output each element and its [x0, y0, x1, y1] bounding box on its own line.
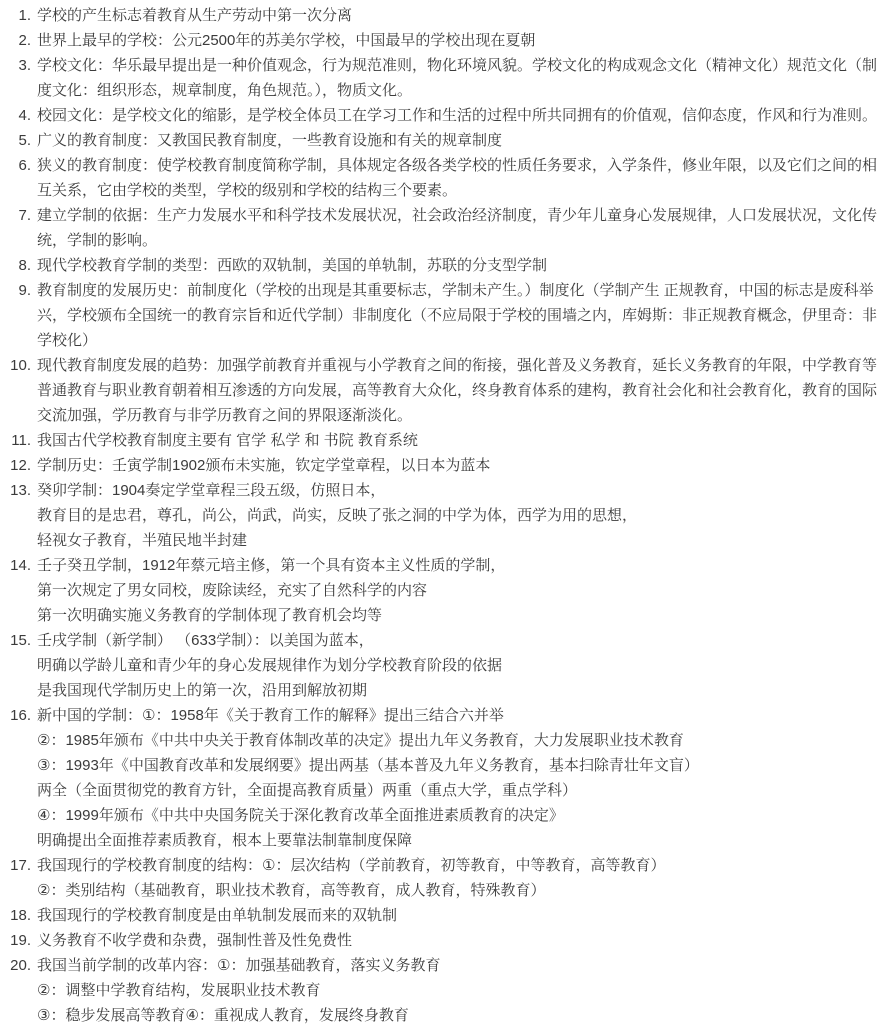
item-text-line: 两全（全面贯彻党的教育方针，全面提高教育质量）两重（重点大学，重点学科） [37, 778, 884, 803]
item-content: 壬戌学制（新学制） （633学制）：以美国为蓝本，明确以学龄儿童和青少年的身心发… [37, 628, 884, 703]
item-text-line: 现代学校教育学制的类型：西欧的双轨制，美国的单轨制，苏联的分支型学制 [37, 253, 884, 278]
item-number: 15. [0, 628, 31, 653]
item-content: 学制历史：壬寅学制1902颁布未实施，钦定学堂章程，以日本为蓝本 [37, 453, 884, 478]
item-text-line: 世界上最早的学校：公元2500年的苏美尔学校，中国最早的学校出现在夏朝 [37, 28, 884, 53]
item-text-line: 学制历史：壬寅学制1902颁布未实施，钦定学堂章程，以日本为蓝本 [37, 453, 884, 478]
list-item: 2. 世界上最早的学校：公元2500年的苏美尔学校，中国最早的学校出现在夏朝 [0, 28, 884, 53]
item-text-line: 我国现行的学校教育制度是由单轨制发展而来的双轨制 [37, 903, 884, 928]
list-item: 9. 教育制度的发展历史：前制度化（学校的出现是其重要标志，学制未产生。）制度化… [0, 278, 884, 353]
list-item: 4. 校园文化：是学校文化的缩影，是学校全体员工在学习工作和生活的过程中所共同拥… [0, 103, 884, 128]
item-text-line: ②：类别结构（基础教育，职业技术教育，高等教育，成人教育，特殊教育） [37, 878, 884, 903]
list-item: 1. 学校的产生标志着教育从生产劳动中第一次分离 [0, 3, 884, 28]
list-item: 10. 现代教育制度发展的趋势：加强学前教育并重视与小学教育之间的衔接，强化普及… [0, 353, 884, 428]
list-item: 7. 建立学制的依据：生产力发展水平和科学技术发展状况，社会政治经济制度，青少年… [0, 203, 884, 253]
item-text-line: 现代教育制度发展的趋势：加强学前教育并重视与小学教育之间的衔接，强化普及义务教育… [37, 353, 884, 428]
item-content: 我国现行的学校教育制度是由单轨制发展而来的双轨制 [37, 903, 884, 928]
item-text-line: 广义的教育制度：又教国民教育制度，一些教育设施和有关的规章制度 [37, 128, 884, 153]
item-text-line: ④：1999年颁布《中共中央国务院关于深化教育改革全面推进素质教育的决定》 [37, 803, 884, 828]
item-content: 壬子癸丑学制，1912年蔡元培主修，第一个具有资本主义性质的学制，第一次规定了男… [37, 553, 884, 628]
list-item: 11. 我国古代学校教育制度主要有 官学 私学 和 书院 教育系统 [0, 428, 884, 453]
item-number: 10. [0, 353, 31, 378]
item-text-line: 校园文化：是学校文化的缩影，是学校全体员工在学习工作和生活的过程中所共同拥有的价… [37, 103, 884, 128]
item-number: 8. [0, 253, 31, 278]
item-content: 校园文化：是学校文化的缩影，是学校全体员工在学习工作和生活的过程中所共同拥有的价… [37, 103, 884, 128]
item-content: 学校文化：华乐最早提出是一种价值观念，行为规范准则，物化环境风貌。学校文化的构成… [37, 53, 884, 103]
item-text-line: 教育目的是忠君，尊孔，尚公，尚武，尚实，反映了张之洞的中学为体，西学为用的思想， [37, 503, 884, 528]
item-number: 16. [0, 703, 31, 728]
item-text-line: ③：1993年《中国教育改革和发展纲要》提出两基（基本普及九年义务教育，基本扫除… [37, 753, 884, 778]
item-content: 现代学校教育学制的类型：西欧的双轨制，美国的单轨制，苏联的分支型学制 [37, 253, 884, 278]
item-number: 19. [0, 928, 31, 953]
item-number: 7. [0, 203, 31, 228]
item-content: 我国当前学制的改革内容：①：加强基础教育，落实义务教育②：调整中学教育结构，发展… [37, 953, 884, 1028]
item-content: 世界上最早的学校：公元2500年的苏美尔学校，中国最早的学校出现在夏朝 [37, 28, 884, 53]
item-text-line: 明确提出全面推荐素质教育，根本上要靠法制靠制度保障 [37, 828, 884, 853]
list-item: 16. 新中国的学制：①：1958年《关于教育工作的解释》提出三结合六并举②：1… [0, 703, 884, 853]
item-number: 13. [0, 478, 31, 503]
list-item: 12. 学制历史：壬寅学制1902颁布未实施，钦定学堂章程，以日本为蓝本 [0, 453, 884, 478]
item-number: 6. [0, 153, 31, 178]
item-text-line: 我国古代学校教育制度主要有 官学 私学 和 书院 教育系统 [37, 428, 884, 453]
item-text-line: 轻视女子教育，半殖民地半封建 [37, 528, 884, 553]
item-content: 现代教育制度发展的趋势：加强学前教育并重视与小学教育之间的衔接，强化普及义务教育… [37, 353, 884, 428]
item-text-line: 我国当前学制的改革内容：①：加强基础教育，落实义务教育 [37, 953, 884, 978]
item-number: 4. [0, 103, 31, 128]
item-content: 狭义的教育制度：使学校教育制度简称学制，具体规定各级各类学校的性质任务要求，入学… [37, 153, 884, 203]
item-text-line: 学校的产生标志着教育从生产劳动中第一次分离 [37, 3, 884, 28]
list-item: 6. 狭义的教育制度：使学校教育制度简称学制，具体规定各级各类学校的性质任务要求… [0, 153, 884, 203]
list-item: 13. 癸卯学制：1904奏定学堂章程三段五级，仿照日本，教育目的是忠君，尊孔，… [0, 478, 884, 553]
notes-document: 1. 学校的产生标志着教育从生产劳动中第一次分离 2. 世界上最早的学校：公元2… [0, 0, 896, 1028]
page: { "page": { "background_color": "#ffffff… [0, 0, 896, 1028]
item-text-line: 新中国的学制：①：1958年《关于教育工作的解释》提出三结合六并举 [37, 703, 884, 728]
item-text-line: 狭义的教育制度：使学校教育制度简称学制，具体规定各级各类学校的性质任务要求，入学… [37, 153, 884, 203]
item-content: 癸卯学制：1904奏定学堂章程三段五级，仿照日本，教育目的是忠君，尊孔，尚公，尚… [37, 478, 884, 553]
item-text-line: 壬戌学制（新学制） （633学制）：以美国为蓝本， [37, 628, 884, 653]
item-number: 5. [0, 128, 31, 153]
item-content: 广义的教育制度：又教国民教育制度，一些教育设施和有关的规章制度 [37, 128, 884, 153]
item-content: 我国古代学校教育制度主要有 官学 私学 和 书院 教育系统 [37, 428, 884, 453]
item-content: 义务教育不收学费和杂费，强制性普及性免费性 [37, 928, 884, 953]
list-item: 14. 壬子癸丑学制，1912年蔡元培主修，第一个具有资本主义性质的学制，第一次… [0, 553, 884, 628]
item-number: 17. [0, 853, 31, 878]
item-number: 20. [0, 953, 31, 978]
item-text-line: 义务教育不收学费和杂费，强制性普及性免费性 [37, 928, 884, 953]
item-number: 12. [0, 453, 31, 478]
item-text-line: 教育制度的发展历史：前制度化（学校的出现是其重要标志，学制未产生。）制度化（学制… [37, 278, 884, 353]
item-content: 学校的产生标志着教育从生产劳动中第一次分离 [37, 3, 884, 28]
item-text-line: 癸卯学制：1904奏定学堂章程三段五级，仿照日本， [37, 478, 884, 503]
item-text-line: 壬子癸丑学制，1912年蔡元培主修，第一个具有资本主义性质的学制， [37, 553, 884, 578]
item-number: 2. [0, 28, 31, 53]
list-item: 5. 广义的教育制度：又教国民教育制度，一些教育设施和有关的规章制度 [0, 128, 884, 153]
item-text-line: 第一次规定了男女同校，废除读经，充实了自然科学的内容 [37, 578, 884, 603]
list-item: 19. 义务教育不收学费和杂费，强制性普及性免费性 [0, 928, 884, 953]
numbered-list: 1. 学校的产生标志着教育从生产劳动中第一次分离 2. 世界上最早的学校：公元2… [0, 3, 884, 1028]
item-number: 1. [0, 3, 31, 28]
item-text-line: 建立学制的依据：生产力发展水平和科学技术发展状况，社会政治经济制度，青少年儿童身… [37, 203, 884, 253]
item-text-line: 我国现行的学校教育制度的结构：①：层次结构（学前教育，初等教育，中等教育，高等教… [37, 853, 884, 878]
item-text-line: 第一次明确实施义务教育的学制体现了教育机会均等 [37, 603, 884, 628]
item-number: 18. [0, 903, 31, 928]
item-content: 我国现行的学校教育制度的结构：①：层次结构（学前教育，初等教育，中等教育，高等教… [37, 853, 884, 903]
item-text-line: 是我国现代学制历史上的第一次，沿用到解放初期 [37, 678, 884, 703]
item-text-line: 明确以学龄儿童和青少年的身心发展规律作为划分学校教育阶段的依据 [37, 653, 884, 678]
item-text-line: ③：稳步发展高等教育④：重视成人教育，发展终身教育 [37, 1003, 884, 1028]
item-number: 9. [0, 278, 31, 303]
list-item: 3. 学校文化：华乐最早提出是一种价值观念，行为规范准则，物化环境风貌。学校文化… [0, 53, 884, 103]
list-item: 20. 我国当前学制的改革内容：①：加强基础教育，落实义务教育②：调整中学教育结… [0, 953, 884, 1028]
item-text-line: 学校文化：华乐最早提出是一种价值观念，行为规范准则，物化环境风貌。学校文化的构成… [37, 53, 884, 103]
item-number: 11. [0, 428, 31, 453]
item-content: 教育制度的发展历史：前制度化（学校的出现是其重要标志，学制未产生。）制度化（学制… [37, 278, 884, 353]
item-number: 14. [0, 553, 31, 578]
list-item: 18. 我国现行的学校教育制度是由单轨制发展而来的双轨制 [0, 903, 884, 928]
item-content: 建立学制的依据：生产力发展水平和科学技术发展状况，社会政治经济制度，青少年儿童身… [37, 203, 884, 253]
list-item: 17. 我国现行的学校教育制度的结构：①：层次结构（学前教育，初等教育，中等教育… [0, 853, 884, 903]
item-number: 3. [0, 53, 31, 78]
list-item: 15. 壬戌学制（新学制） （633学制）：以美国为蓝本，明确以学龄儿童和青少年… [0, 628, 884, 703]
item-content: 新中国的学制：①：1958年《关于教育工作的解释》提出三结合六并举②：1985年… [37, 703, 884, 853]
item-text-line: ②：调整中学教育结构，发展职业技术教育 [37, 978, 884, 1003]
item-text-line: ②：1985年颁布《中共中央关于教育体制改革的决定》提出九年义务教育，大力发展职… [37, 728, 884, 753]
list-item: 8. 现代学校教育学制的类型：西欧的双轨制，美国的单轨制，苏联的分支型学制 [0, 253, 884, 278]
